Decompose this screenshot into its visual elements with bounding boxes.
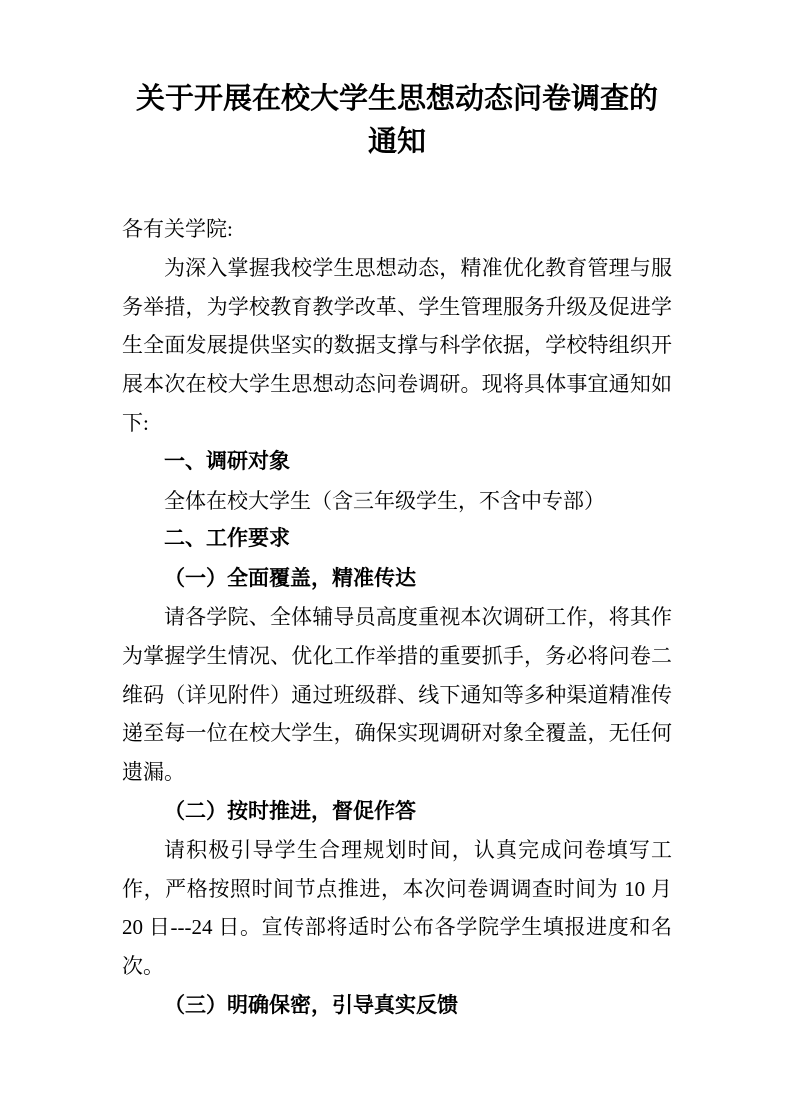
subsection-1-body: 请各学院、全体辅导员高度重视本次调研工作，将其作为掌握学生情况、优化工作举措的重… (122, 598, 672, 792)
subsection-heading-3: （三）明确保密，引导真实反馈 (122, 986, 672, 1025)
subsection-heading-2: （二）按时推进，督促作答 (122, 792, 672, 831)
subsection-2-body: 请积极引导学生合理规划时间，认真完成问卷填写工作，严格按照时间节点推进，本次问卷… (122, 831, 672, 986)
document-title-line-1: 关于开展在校大学生思想动态问卷调查的 (122, 78, 672, 121)
subsection-heading-1: （一）全面覆盖，精准传达 (122, 559, 672, 598)
salutation: 各有关学院: (122, 210, 672, 249)
document-title-line-2: 通知 (122, 121, 672, 164)
document-page: 关于开展在校大学生思想动态问卷调查的 通知 各有关学院: 为深入掌握我校学生思想… (0, 0, 794, 1108)
document-body: 各有关学院: 为深入掌握我校学生思想动态，精准优化教育管理与服务举措，为学校教育… (122, 210, 672, 1025)
section-1-body: 全体在校大学生（含三年级学生，不含中专部） (122, 482, 672, 521)
section-heading-1: 一、调研对象 (122, 443, 672, 482)
document-title: 关于开展在校大学生思想动态问卷调查的 通知 (122, 78, 672, 164)
intro-paragraph: 为深入掌握我校学生思想动态，精准优化教育管理与服务举措，为学校教育教学改革、学生… (122, 249, 672, 443)
section-heading-2: 二、工作要求 (122, 520, 672, 559)
